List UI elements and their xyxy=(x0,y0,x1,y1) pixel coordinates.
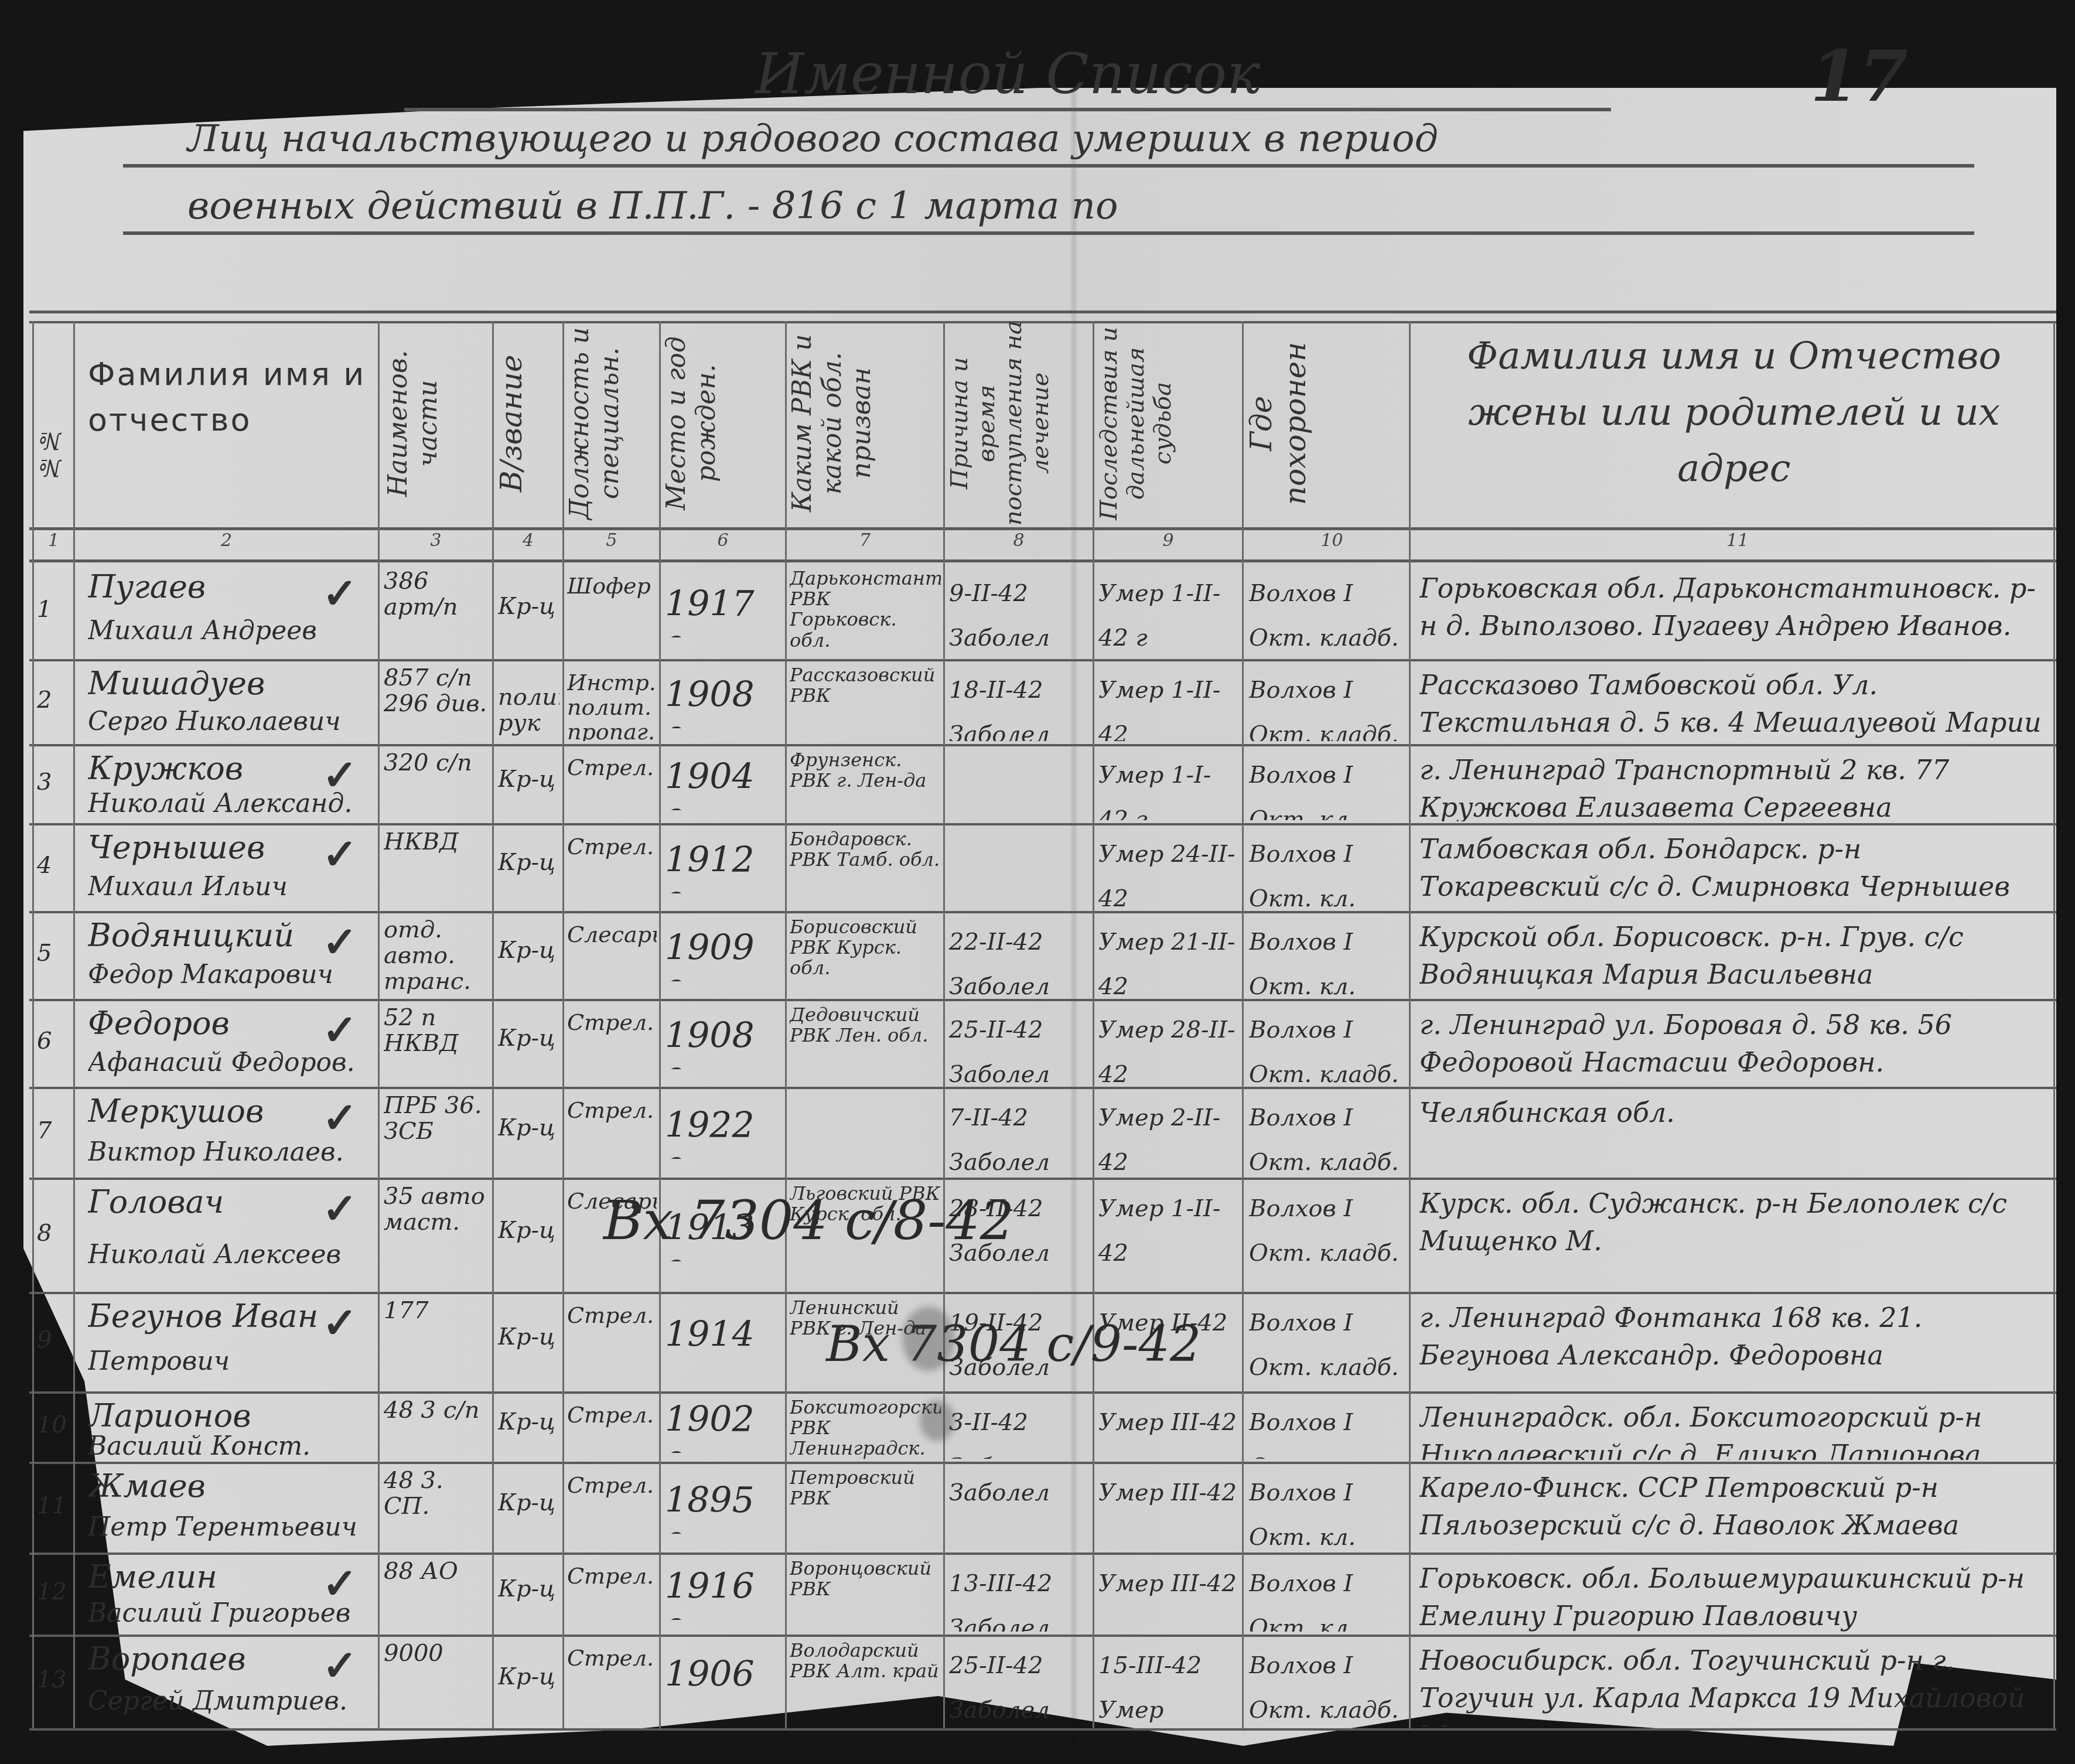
admission-cause: 25-II-42 Заболел xyxy=(949,1643,1090,1725)
unit: 52 п НКВД xyxy=(384,1005,489,1084)
document-title: Именной Список xyxy=(404,41,1611,111)
burial-place: Волхов I Окт. кладб. xyxy=(1249,1186,1405,1289)
table-column-rule xyxy=(32,321,34,1728)
position: Стрел. xyxy=(567,1403,657,1459)
header-birth: Место и год рожден. xyxy=(662,319,779,527)
column-number: 11 xyxy=(1726,530,1749,551)
birth-year: 1914 xyxy=(665,1315,782,1368)
surname: Головач xyxy=(88,1185,322,1226)
burial-place: Волхов I Окт. кл. xyxy=(1249,832,1405,908)
surname: Воропаев xyxy=(88,1642,322,1683)
row-number: 11 xyxy=(37,1493,72,1528)
header-relatives: Фамилия имя и Отчество жены или родителе… xyxy=(1435,328,2033,497)
row-number: 12 xyxy=(37,1579,72,1614)
admission-cause: 18-II-42 Заболел xyxy=(949,668,1090,741)
given-name-patronymic: Сергей Дмитриев. xyxy=(88,1687,381,1728)
admission-cause: 3-II-42 Заболел xyxy=(949,1400,1090,1459)
registration-stamp-2: Вх 7304 с/9-42 xyxy=(826,1315,1201,1373)
draft-office: Борисовский РВК Курск. обл. xyxy=(790,917,941,996)
row-number: 2 xyxy=(37,687,72,722)
unit: 35 авто маст. xyxy=(384,1183,489,1289)
relatives-address: Карело-Финск. ССР Петровский р-н Пяльозе… xyxy=(1419,1469,2046,1551)
unit: 177 xyxy=(384,1298,489,1388)
outcome: Умер III-42 xyxy=(1098,1470,1239,1550)
rank: Кр-ц xyxy=(498,1664,559,1722)
draft-office: Петровский РВК xyxy=(790,1468,941,1550)
birth-year: 1908 г xyxy=(665,1016,782,1069)
draft-office: Дедовичский РВК Лен. обл. xyxy=(790,1005,941,1084)
column-number: 7 xyxy=(859,530,871,551)
position: Стрел. xyxy=(567,835,657,908)
draft-office: Бокситогорский РВК Ленинградск. обл. xyxy=(790,1397,941,1459)
relatives-address: Рассказово Тамбовской обл. Ул. Текстильн… xyxy=(1419,666,2046,742)
unit: 88 АО xyxy=(384,1558,489,1632)
given-name-patronymic: Петр Терентьевич xyxy=(88,1513,381,1554)
position: Слесарь xyxy=(567,923,657,996)
rank: Кр-ц xyxy=(498,1217,559,1287)
birth-year: 1895 г xyxy=(665,1481,782,1534)
given-name-patronymic: Михаил Андреев xyxy=(88,617,381,658)
admission-cause: 9-II-42 Заболел xyxy=(949,571,1090,656)
relatives-address: Курской обл. Борисовск. р-н. Грув. с/с В… xyxy=(1419,918,2046,997)
birth-year: 1916 г xyxy=(665,1567,782,1620)
table-row-rule xyxy=(29,1728,2056,1731)
table-column-rule xyxy=(659,321,661,1728)
verification-check-icon: ✓ xyxy=(322,750,357,800)
burial-place: Волхов I Окт. кл. xyxy=(1249,753,1405,820)
relatives-address: г. Ленинград Фонтанка 168 кв. 21. Бегуно… xyxy=(1419,1299,2046,1390)
ink-stain xyxy=(902,1306,955,1371)
surname: Кружков xyxy=(88,751,322,792)
outcome: Умер 24-II-42 xyxy=(1098,832,1239,908)
table-column-rule xyxy=(785,321,787,1728)
burial-place: Волхов I Окт. кладб. xyxy=(1249,1096,1405,1175)
given-name-patronymic: Виктор Николаев. xyxy=(88,1138,381,1179)
relatives-address: Тамбовская обл. Бондарск. р-н Токаревски… xyxy=(1419,830,2046,909)
outcome: Умер 28-II-42 xyxy=(1098,1008,1239,1084)
rank: Кр-ц xyxy=(498,593,559,654)
table-column-rule xyxy=(492,321,494,1728)
outcome: Умер 1-II-42 xyxy=(1098,668,1239,741)
rank: Кр-ц xyxy=(498,1115,559,1172)
unit: 386 арт/п xyxy=(384,568,489,656)
row-number: 8 xyxy=(37,1220,72,1255)
outcome: Умер III-42 xyxy=(1098,1561,1239,1632)
row-number: 5 xyxy=(37,940,72,975)
outcome: Умер 21-II-42 xyxy=(1098,920,1239,996)
draft-office xyxy=(790,1093,941,1175)
relatives-address: Горьковск. обл. Большемурашкинский р-н Е… xyxy=(1419,1560,2046,1633)
burial-place: Волхов I Окт. кладб. xyxy=(1249,1301,1405,1388)
surname: Водяницкий xyxy=(88,918,322,959)
verification-check-icon: ✓ xyxy=(322,568,357,618)
verification-check-icon: ✓ xyxy=(322,1005,357,1055)
given-name-patronymic: Михаил Ильич xyxy=(88,873,381,914)
unit: НКВД xyxy=(384,829,489,908)
relatives-address: г. Ленинград ул. Боровая д. 58 кв. 56 Фе… xyxy=(1419,1006,2046,1085)
outcome: Умер 1-II-42 г xyxy=(1098,571,1239,656)
admission-cause xyxy=(949,832,1090,908)
unit: 48 3. СП. xyxy=(384,1468,489,1550)
rank: Кр-ц xyxy=(498,1490,559,1547)
admission-cause: 25-II-42 Заболел xyxy=(949,1008,1090,1084)
burial-place: Волхов I Окт. кл. xyxy=(1249,1470,1405,1550)
surname: Пугаев xyxy=(88,569,322,610)
rank: Кр-ц xyxy=(498,1324,559,1386)
relatives-address: г. Ленинград Транспортный 2 кв. 77 Кружк… xyxy=(1419,751,2046,821)
header-unit: Наименов. части xyxy=(384,319,483,527)
row-number: 10 xyxy=(37,1412,72,1447)
outcome: Умер 1-I-42 г xyxy=(1098,753,1239,820)
surname: Мишадуев xyxy=(88,666,322,707)
row-number: 6 xyxy=(37,1028,72,1063)
given-name-patronymic: Афанасий Федоров. xyxy=(88,1049,381,1090)
birth-year: 1917 г xyxy=(665,585,782,637)
relatives-address: Челябинская обл. xyxy=(1419,1094,2046,1176)
unit: 9000 xyxy=(384,1640,489,1725)
row-number: 3 xyxy=(37,769,72,804)
rank: Кр-ц xyxy=(498,1025,559,1081)
unit: отд. авто. транс. xyxy=(384,917,489,996)
surname: Емелин xyxy=(88,1560,322,1601)
row-number: 7 xyxy=(37,1118,72,1153)
admission-cause xyxy=(949,753,1090,820)
birth-year: 1912 г xyxy=(665,841,782,893)
draft-office: Володарский РВК Алт. край xyxy=(790,1640,941,1725)
draft-office: Фрунзенск. РВК г. Лен-да xyxy=(790,750,941,820)
birth-year: 1909 г xyxy=(665,929,782,981)
table-row-rule xyxy=(29,311,2056,313)
ink-stain xyxy=(920,1400,955,1441)
column-number: 9 xyxy=(1163,530,1174,551)
outcome: Умер 1-II-42 xyxy=(1098,1186,1239,1289)
header-position: Должность и специальн. xyxy=(565,319,653,527)
outcome: Умер III-42 xyxy=(1098,1400,1239,1459)
admission-cause: 13-III-42 Заболел xyxy=(949,1561,1090,1632)
row-number: 1 xyxy=(37,596,72,632)
admission-cause: 7-II-42 Заболел xyxy=(949,1096,1090,1175)
birth-year: 1908 г xyxy=(665,675,782,728)
draft-office: Бондаровск. РВК Тамб. обл. xyxy=(790,829,941,908)
position: Стрел. xyxy=(567,1564,657,1632)
rank: полит. рук xyxy=(498,684,559,739)
admission-cause: Заболел xyxy=(949,1470,1090,1550)
header-num: №№ xyxy=(36,410,71,498)
relatives-address: Новосибирск. обл. Тогучинский р-н г. Тог… xyxy=(1419,1642,2046,1727)
verification-check-icon: ✓ xyxy=(322,1183,357,1233)
column-number: 5 xyxy=(606,530,617,551)
table-column-rule xyxy=(73,321,75,1728)
unit: 320 с/п xyxy=(384,750,489,820)
table-column-rule xyxy=(2053,321,2055,1728)
unit: ПРБ 36. ЗСБ xyxy=(384,1093,489,1175)
given-name-patronymic: Серго Николаевич xyxy=(88,708,381,749)
draft-office: Воронцовский РВК xyxy=(790,1558,941,1632)
surname: Жмаев xyxy=(88,1469,322,1510)
row-number: 13 xyxy=(37,1667,72,1702)
given-name-patronymic: Федор Макарович xyxy=(88,961,381,1002)
position: Стрел. xyxy=(567,1304,657,1388)
surname: Чернышев xyxy=(88,830,322,871)
header-name: Фамилия имя и отчество xyxy=(88,352,369,443)
table-column-rule xyxy=(1093,321,1094,1728)
table-row-rule xyxy=(29,559,2056,562)
burial-place: Волхов I Окт. кл. xyxy=(1249,1400,1405,1459)
rank: Кр-ц xyxy=(498,937,559,993)
header-rank: В/звание xyxy=(495,319,559,527)
given-name-patronymic: Василий Конст. xyxy=(88,1432,381,1473)
verification-check-icon: ✓ xyxy=(322,1640,357,1690)
position: Стрел. xyxy=(567,1646,657,1725)
column-number: 10 xyxy=(1321,530,1343,551)
header-death: Последствия и дальнейшая судьба xyxy=(1095,319,1236,527)
rank: Кр-ц xyxy=(498,766,559,818)
given-name-patronymic: Петрович xyxy=(88,1347,381,1388)
draft-office: Дарьконстант. РВК Горьковск. обл. xyxy=(790,568,941,656)
burial-place: Волхов I Окт. кл. xyxy=(1249,920,1405,996)
row-number: 9 xyxy=(37,1327,72,1362)
outcome: Умер 2-II-42 xyxy=(1098,1096,1239,1175)
burial-place: Волхов I Окт. кладб. xyxy=(1249,1643,1405,1725)
rank: Кр-ц xyxy=(498,1409,559,1456)
position: Стрел. xyxy=(567,1011,657,1084)
column-number: 2 xyxy=(221,530,232,551)
header-draft: Каким РВК и какой обл. призван xyxy=(788,319,937,527)
surname: Бегунов Иван xyxy=(88,1299,322,1340)
relatives-address: Ленинградск. обл. Бокситогорский р-н Ник… xyxy=(1419,1398,2046,1460)
table-column-rule xyxy=(562,321,564,1728)
birth-year: 1904 г xyxy=(665,758,782,810)
table-column-rule xyxy=(1409,321,1411,1728)
given-name-patronymic: Николай Алексеев xyxy=(88,1241,381,1282)
table-row-rule xyxy=(29,659,2056,661)
draft-office: Рассказовский РВК xyxy=(790,665,941,741)
unit: 48 3 с/п xyxy=(384,1397,489,1459)
header-burial: Где похоронен xyxy=(1245,319,1403,527)
burial-place: Волхов I Окт. кладб. xyxy=(1249,571,1405,656)
unit: 857 с/п 296 див. xyxy=(384,665,489,741)
position: Стрел. xyxy=(567,1473,657,1550)
header-cause: Причина и время поступления на лечение xyxy=(946,319,1087,527)
table-column-rule xyxy=(943,321,945,1728)
table-row-rule xyxy=(29,527,2056,530)
rank: Кр-ц xyxy=(498,1576,559,1629)
document-subtitle-1: Лиц начальствующего и рядового состава у… xyxy=(123,117,1974,168)
surname: Федоров xyxy=(88,1006,322,1047)
column-number: 1 xyxy=(48,530,59,551)
relatives-address: Курск. обл. Суджанск. р-н Белополек с/с … xyxy=(1419,1185,2046,1290)
page-number: 17 xyxy=(1810,35,1908,118)
column-number: 4 xyxy=(523,530,534,551)
birth-year: 1902 г xyxy=(665,1400,782,1453)
burial-place: Волхов I Окт. кладб. xyxy=(1249,1008,1405,1084)
surname: Меркушов xyxy=(88,1094,322,1135)
position: Стрел. xyxy=(567,756,657,820)
column-number: 8 xyxy=(1013,530,1025,551)
verification-check-icon: ✓ xyxy=(322,1298,357,1347)
column-number: 3 xyxy=(431,530,442,551)
position: Шофер xyxy=(567,574,657,656)
verification-check-icon: ✓ xyxy=(322,1558,357,1608)
table-row-rule xyxy=(29,1292,2056,1294)
admission-cause: 22-II-42 Заболел xyxy=(949,920,1090,996)
document-subtitle-2: военных действий в П.П.Г. - 816 с 1 март… xyxy=(123,185,1974,235)
column-number: 6 xyxy=(718,530,729,551)
birth-year: 1906 xyxy=(665,1655,782,1708)
verification-check-icon: ✓ xyxy=(322,917,357,967)
verification-check-icon: ✓ xyxy=(322,829,357,879)
rank: Кр-ц xyxy=(498,849,559,905)
outcome: 15-III-42 Умер xyxy=(1098,1643,1239,1725)
registration-stamp-1: Вх 7304 с/8-42 xyxy=(603,1189,1014,1252)
table-row-rule xyxy=(29,1391,2056,1394)
position: Инстр. полит. пропаг. xyxy=(567,671,657,741)
burial-place: Волхов I Окт. кладб. xyxy=(1249,668,1405,741)
verification-check-icon: ✓ xyxy=(322,1093,357,1142)
relatives-address: Горьковская обл. Дарьконстантиновск. р-н… xyxy=(1419,569,2046,657)
burial-place: Волхов I Окт. кл. xyxy=(1249,1561,1405,1632)
table-column-rule xyxy=(1242,321,1244,1728)
birth-year: 1922 г. xyxy=(665,1106,782,1159)
position: Стрел. xyxy=(567,1098,657,1175)
row-number: 4 xyxy=(37,852,72,888)
